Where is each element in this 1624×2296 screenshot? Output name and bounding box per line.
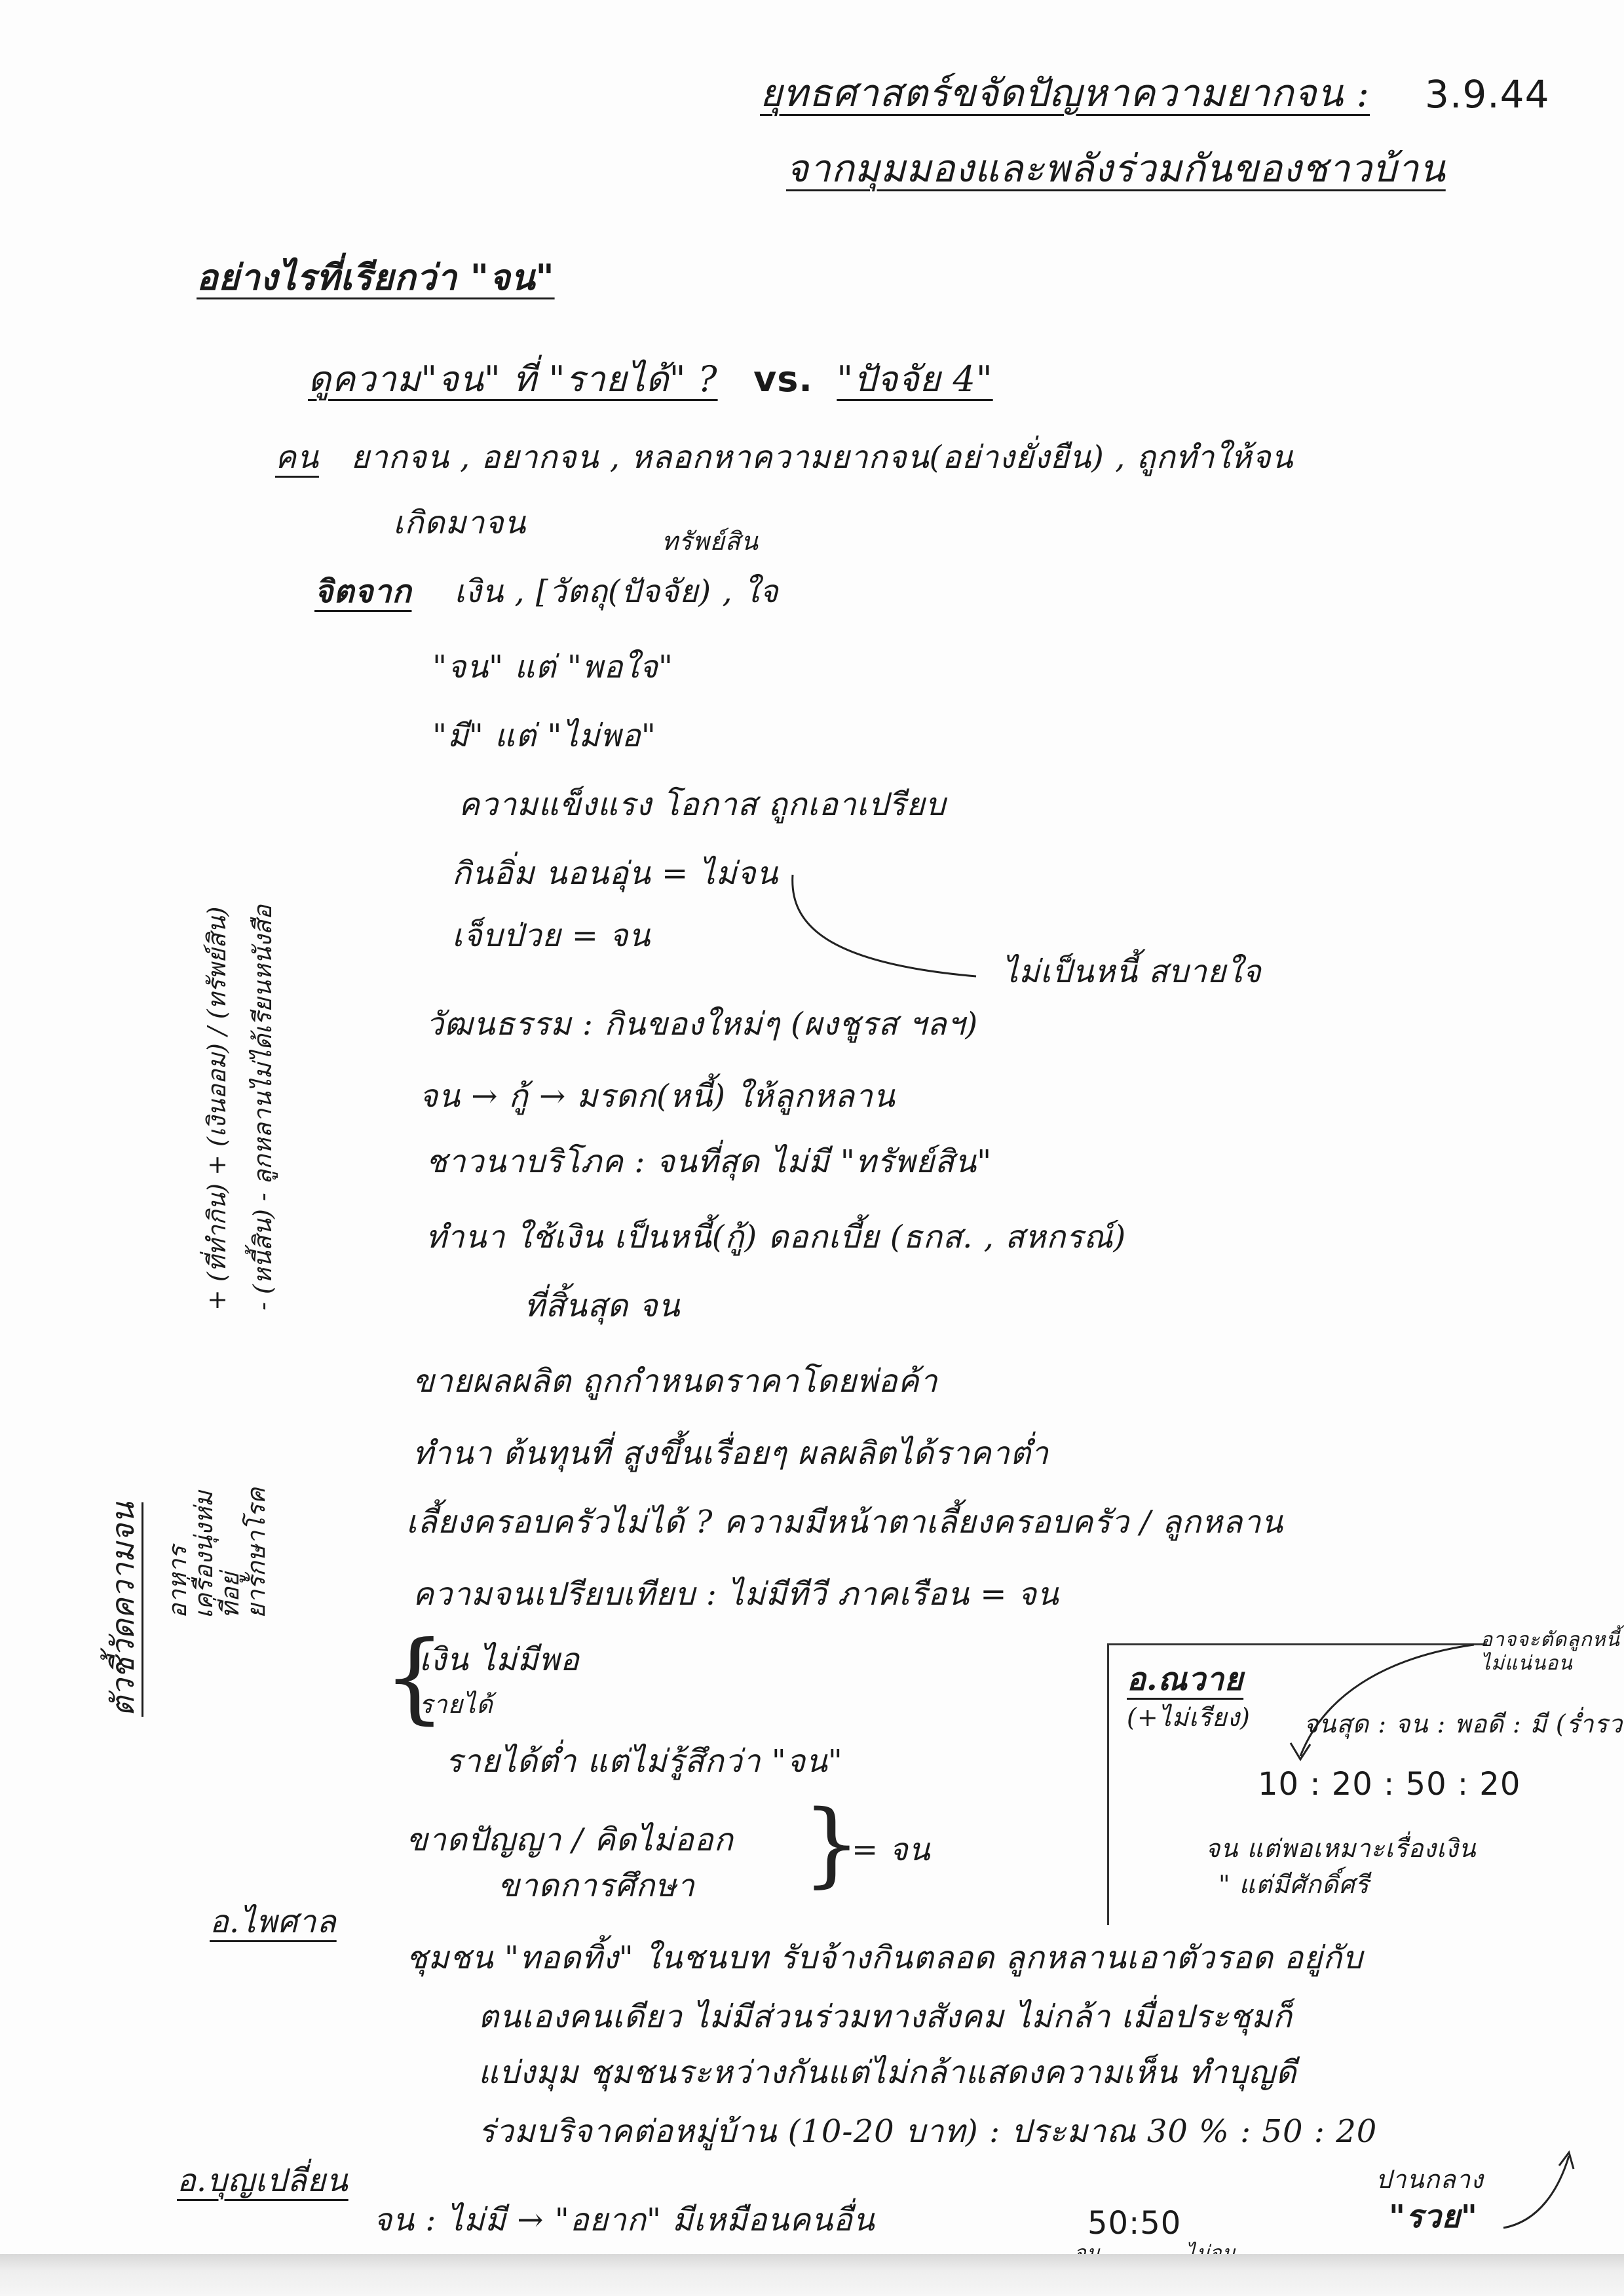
liabilities-line: - (หนี้สิน) - ลูกหลานไม่ได้เรียนหนังสือ — [242, 905, 282, 1311]
o-paitoon-line3: แบ่งมุม ชุมชนระหว่างกันแต่ไม่กล้าแสดงควา… — [478, 2048, 1296, 2097]
line-low-income-not-poor: รายได้ต่ำ แต่ไม่รู้สึกว่า "จน" — [445, 1736, 843, 1786]
line-lack-wisdom: ขาดปัญญา / คิดไม่ออก — [406, 1815, 734, 1865]
indicator-medicine: ยารักษาโรค — [236, 1487, 276, 1618]
line-family: เลี้ยงครอบครัวไม่ได้ ? ความมีหน้าตาเลี้ย… — [406, 1497, 1283, 1547]
rich-arrow — [1500, 2149, 1579, 2234]
page-title-line1: ยุทธศาสตร์ขจัดปัญหาความยากจน : — [760, 62, 1370, 123]
vs-label: vs. — [753, 358, 813, 400]
kon-label: คน — [275, 439, 319, 476]
line-debt-chain: จน → กู้ → มรดก(หนี้) ให้ลูกหลาน — [419, 1071, 896, 1121]
assets-line: + (ที่ทำกิน) + (เงินออม) / (ทรัพย์สิน) — [197, 907, 236, 1311]
o-bunplian-label: อ.บุญเปลี่ยน — [177, 2156, 349, 2206]
o-bunplian-line1: จน : ไม่มี → "อยาก" มีเหมือนคนอื่น — [373, 2195, 875, 2245]
page-date: 3.9.44 — [1425, 72, 1549, 117]
annotation-rich: "รวย" — [1389, 2192, 1478, 2242]
line-sick: เจ็บป่วย = จน — [452, 911, 651, 961]
wisdom-equals-poor: = จน — [852, 1825, 930, 1875]
page-title-line2: จากมุมมองและพลังร่วมกันของชาวบ้าน — [786, 138, 1446, 199]
line-strength-opportunity: ความแข็งแรง โอกาส ถูกเอาเปรียบ — [459, 780, 946, 830]
o-nuang-callout: อาจจะตัดลูกหนี้ ไม่แน่นอน — [1481, 1628, 1621, 1675]
line-eat-sleep: กินอิ่ม นอนอุ่น = ไม่จน — [452, 849, 778, 898]
o-nuang-subheading: (+ไม่เรียง) — [1127, 1697, 1251, 1737]
o-nuang-ratio: 10 : 20 : 50 : 20 — [1258, 1766, 1520, 1803]
brace-money-not-enough: เงิน ไม่มีพอ — [419, 1635, 580, 1685]
line-poor-but-content: "จน" แต่ "พอใจ" — [432, 642, 673, 692]
scanned-page: ยุทธศาสตร์ขจัดปัญหาความยากจน : 3.9.44 จา… — [0, 0, 1624, 2261]
question-income: ดูความ"จน" ที่ "รายได้" ? — [308, 358, 718, 400]
line-culture: วัฒนธรรม : กินของใหม่ๆ (ผงชูรส ฯลฯ) — [426, 999, 978, 1049]
o-nuang-line4: " แต่มีศักดิ์ศรี — [1218, 1864, 1369, 1904]
scan-edge — [0, 2254, 1624, 2296]
question-four-needs: "ปัจจัย 4" — [837, 358, 992, 400]
o-nuang-line3: จน แต่พอเหมาะเรื่องเงิน — [1205, 1828, 1477, 1868]
line-relative-poverty: ความจนเปรียบเทียบ : ไม่มีทีวี ภาคเรือน =… — [413, 1569, 1059, 1619]
line-jit: จิตจาก เงิน , [วัตถุ(ปัจจัย) , ใจ — [314, 567, 778, 617]
line-lack-education: ขาดการศึกษา — [498, 1861, 695, 1911]
o-paitoon-line4: ร่วมบริจาคต่อหมู่บ้าน (10-20 บาท) : ประม… — [478, 2107, 1377, 2156]
line-borrow-2: ที่สิ้นสุด จน — [524, 1281, 680, 1331]
kon-text: ยากจน , อยากจน , หลอกหาความยากจน(อย่างยั… — [351, 439, 1294, 476]
line-kon: คน ยากจน , อยากจน , หลอกหาความยากจน(อย่า… — [275, 432, 1293, 482]
question-income-vs-needs: ดูความ"จน" ที่ "รายได้" ? vs. "ปัจจัย 4" — [308, 351, 993, 407]
indicators-heading: ตัวชี้วัดความจน — [98, 1502, 148, 1717]
line-borrow: ทำนา ใช้เงิน เป็นหนี้(กู้) ดอกเบี้ย (ธกส… — [426, 1212, 1126, 1262]
line-have-but-not-enough: "มี" แต่ "ไม่พอ" — [432, 711, 656, 761]
line-product-price: ขายผลผลิต ถูกกำหนดราคาโดยพ่อค้า — [413, 1356, 938, 1406]
line-farmer: ชาวนาบริโภค : จนที่สุด ไม่มี "ทรัพย์สิน" — [426, 1137, 992, 1187]
jit-superscript: ทรัพย์สิน — [662, 521, 759, 561]
box-left-rule — [1107, 1643, 1109, 1925]
o-paitoon-line2: ตนเองคนเดียว ไม่มีส่วนร่วมทางสังคม ไม่กล… — [478, 1992, 1293, 2042]
connector-line — [786, 871, 983, 983]
brace-income: รายได้ — [419, 1684, 493, 1724]
jit-text: เงิน , [วัตถุ(ปัจจัย) , ใจ — [454, 573, 778, 610]
o-paitoon-label: อ.ไพศาล — [210, 1897, 337, 1947]
heading-text: อย่างไรที่เรียกว่า "จน" — [197, 256, 555, 298]
line-cost: ทำนา ต้นทุนที่ สูงขึ้นเรื่อยๆ ผลผลิตได้ร… — [413, 1428, 1049, 1478]
note-no-debt: ไม่เป็นหนี้ สบายใจ — [1002, 947, 1262, 997]
section-heading-what-is-poor: อย่างไรที่เรียกว่า "จน" — [197, 249, 555, 305]
o-bunplian-ratio: 50:50 — [1087, 2205, 1181, 2242]
line-kon-2: เกิดมาจน — [393, 498, 526, 548]
o-nuang-scale: จนสุด : จน : พอดี : มี (ร่ำรวย) — [1304, 1704, 1624, 1744]
jit-label: จิตจาก — [314, 573, 411, 610]
o-paitoon-line1: ชุมชน "ทอดทิ้ง" ในชนบท รับจ้างกินตลอด ลู… — [406, 1933, 1363, 1983]
